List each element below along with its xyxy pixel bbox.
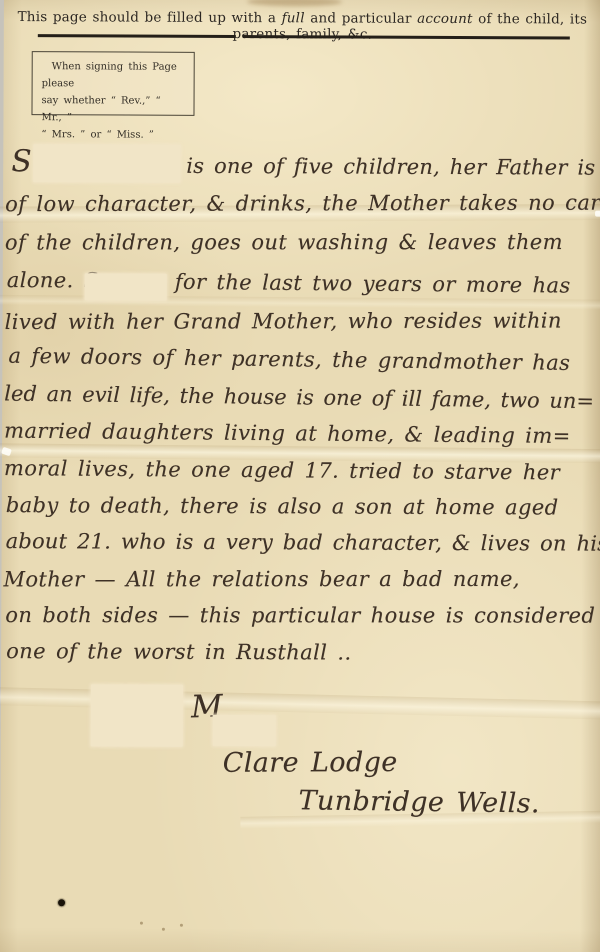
manuscript-line: Mother — All the relations bear a bad na… [3, 567, 519, 591]
signing-box-line: When signing this Page please [42, 58, 185, 93]
manuscript-line: about 21. who is a very bad character, &… [6, 529, 600, 556]
signature-address-line1: Clare Lodge [223, 747, 398, 779]
manuscript-line: baby to death, there is also a son at ho… [6, 493, 559, 519]
signing-instructions-box: When signing this Page please say whethe… [31, 51, 194, 116]
manuscript-line: S [11, 144, 32, 179]
manuscript-line: of low character, & drinks, the Mother t… [5, 191, 600, 217]
manuscript-line: led an evil life, the house is one of il… [4, 381, 594, 413]
paper-speck [140, 922, 143, 925]
manuscript-line: lived with her Grand Mother, who resides… [5, 308, 562, 333]
manuscript-line: is one of five children, her Father is [186, 154, 595, 180]
manuscript-line: on both sides — this particular house is… [5, 603, 595, 628]
paper-speck [162, 928, 165, 931]
printed-instruction-text: This page should be filled up with a [18, 9, 282, 26]
redaction-block [85, 273, 167, 300]
paper-nick [1, 447, 12, 456]
printed-instruction-italic: account [417, 11, 473, 27]
manuscript-line: of the children, goes out washing & leav… [5, 230, 563, 254]
signing-box-line: “ Mrs. ” or “ Miss. ” [41, 126, 184, 144]
printed-instruction-italic: full [282, 10, 305, 26]
document-paper: This page should be filled up with a ful… [0, 0, 600, 952]
redaction-block [91, 684, 183, 746]
printed-instruction-text: and particular [305, 10, 417, 26]
document-photo: This page should be filled up with a ful… [0, 0, 600, 952]
manuscript-line: for the last two years or more has [175, 270, 571, 298]
signature-address-line2: Tunbridge Wells. [298, 785, 540, 819]
punch-hole-dot [58, 899, 65, 906]
manuscript-line: one of the worst in Rusthall .. [6, 639, 351, 665]
manuscript-line: a few doors of her parents, the grandmot… [8, 344, 570, 375]
paper-speck [180, 924, 183, 927]
redaction-block [213, 715, 276, 746]
manuscript-line: married daughters living at home, & lead… [4, 419, 571, 448]
signing-box-line: say whether “ Rev.,” “ Mr., ” [41, 92, 184, 127]
redaction-block [33, 144, 180, 183]
manuscript-line: moral lives, the one aged 17. tried to s… [4, 456, 560, 484]
edge-smudge [247, 0, 342, 6]
